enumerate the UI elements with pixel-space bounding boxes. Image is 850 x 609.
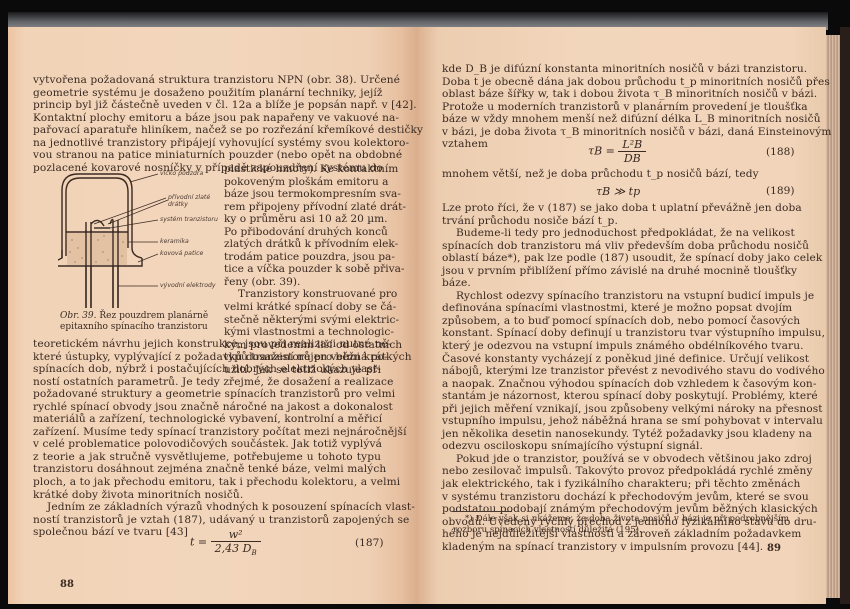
- text-line: řeny (obr. 39).: [224, 276, 381, 289]
- text-line: vytvořena požadovaná struktura tranzisto…: [33, 74, 381, 87]
- equation-number-189: (189): [766, 185, 795, 197]
- page-number-right: 89: [767, 543, 781, 554]
- figure-label-metal-header: kovová patice: [160, 250, 203, 257]
- text-line: Protože u moderních tranzistorů v planár…: [442, 101, 784, 114]
- equation-lhs: t =: [190, 536, 207, 549]
- text-line: ky o průměru asi 10 až 20 µm.: [224, 213, 381, 226]
- text-line: pařovací aparatuře hliníkem, načež se po…: [33, 124, 381, 137]
- equation-fraction: L²B DB: [618, 138, 646, 165]
- text-line: a naopak. Značnou výhodou spínacích dob …: [442, 378, 784, 391]
- text-line: Lze proto říci, že v (187) se jako doba …: [442, 202, 784, 215]
- figure-label-cap: víčko pouzdra: [160, 170, 203, 177]
- text-line: báze jsou termokompresním sva-: [224, 188, 381, 201]
- text-line: ploch, a to jak přechodu emitoru, tak i …: [33, 476, 381, 489]
- equation-lhs: τB =: [588, 145, 615, 158]
- text-line: Tranzistory konstruované pro: [224, 288, 381, 301]
- text-line: Časové konstanty vycházejí z poněkud jin…: [442, 353, 784, 366]
- text-line: zlatých drátků k přívodním elek-: [224, 238, 381, 251]
- text-line: plastické hmoty). Ke kontaktním: [224, 163, 381, 176]
- text-line: Budeme-li tedy pro jednoduchost předpokl…: [442, 227, 784, 240]
- text-line: tranzistoru dosáhnout zejména značně ten…: [33, 463, 381, 476]
- text-line: vou stranou na patice miniaturních pouzd…: [33, 149, 381, 162]
- equation-189: τB ≫ tp: [596, 185, 640, 198]
- text-line: Jedním ze základních výrazů vhodných k p…: [33, 501, 381, 514]
- text-line: odezvu osciloskopu snímajícího výstupní …: [442, 440, 784, 453]
- text-line: báze.: [442, 277, 784, 290]
- equation-fraction: w² 2,43 DB: [211, 528, 261, 557]
- text-line: kladeným na spínací tranzistory v impuls…: [442, 541, 784, 554]
- footnote-divider: [452, 511, 512, 512]
- text-line: jen několika desetin nanosekundy. Tytéž …: [442, 428, 784, 441]
- text-line: Doba t je obecně dána jak dobou průchodu…: [442, 76, 784, 89]
- text-line: geometrie systému je dosaženo použitím p…: [33, 87, 381, 100]
- text-line: který je odezvou na vstupní impuls známé…: [442, 340, 784, 353]
- equation-187: t = w² 2,43 DB: [190, 528, 261, 557]
- text-line: trodám patice pouzdra, jsou pa-: [224, 251, 381, 264]
- figure-label-ceramic: keramika: [160, 238, 189, 245]
- text-line: ností ostatních parametrů. Je tedy zřejm…: [33, 376, 381, 389]
- text-line: vstupního impulsu, jehož náběžná hrana s…: [442, 415, 784, 428]
- text-line: na jednotlivé tranzistory připájejí vyho…: [33, 137, 381, 150]
- text-line: Po přibodování druhých konců: [224, 226, 381, 239]
- text-line: spínacích dob, nýbrž i postačujících dob…: [33, 363, 381, 376]
- figure-caption: Obr. 39. Řez pouzdrem planárně epitaxníh…: [60, 311, 220, 333]
- text-line: při jejich měření vznikají, jsou způsobe…: [442, 403, 784, 416]
- equation-number-188: (188): [766, 146, 795, 158]
- figure-number: Obr. 39.: [60, 311, 97, 321]
- transistor-cross-section-diagram: [58, 170, 228, 310]
- left-page-top-paragraph: vytvořena požadovaná struktura tranzisto…: [33, 74, 381, 174]
- text-line: oblastí báze*), pak lze podle (187) usou…: [442, 252, 784, 265]
- text-line: mnohem větší, než je doba průchodu t_p n…: [442, 168, 784, 181]
- text-line: jak elektrického, tak i fyzikálního char…: [442, 478, 784, 491]
- text-line: materiálů a zařízení, technologické vyba…: [33, 413, 381, 426]
- text-line: stantám je názornost, kterou spínací dob…: [442, 390, 784, 403]
- figure-label-transistor-system: systém tranzistoru: [160, 216, 218, 223]
- text-line: jsou v prvním přiblížení přímo závislé n…: [442, 265, 784, 278]
- text-line: požadované struktury a geometrie spínací…: [33, 388, 381, 401]
- transistor-package-figure: víčko pouzdra přívodní zlaté drátky syst…: [58, 170, 228, 310]
- text-line: v systému tranzistoru dochází k přechodo…: [442, 491, 784, 504]
- text-line: Rychlost odezvy spínacího tranzistoru na…: [442, 290, 784, 303]
- right-page-main-paragraphs: Lze proto říci, že v (187) se jako doba …: [442, 202, 784, 553]
- text-line: velmi krátké spínací doby se čá-: [224, 301, 381, 314]
- book-cover-edge: [840, 27, 850, 604]
- page-number-left: 88: [60, 579, 74, 590]
- text-line: kými vlastnostmi a technologic-: [224, 326, 381, 339]
- equation-188: τB = L²B DB: [588, 138, 646, 165]
- equation-numerator: L²B: [618, 138, 646, 152]
- text-line: Pokud jde o tranzistor, používá se v obv…: [442, 453, 784, 466]
- text-line: ností tranzistorů je vztah (187), udávan…: [33, 514, 381, 527]
- right-page-line-after-188: mnohem větší, než je doba průchodu t_p n…: [442, 168, 784, 181]
- text-line: pokoveným ploškám emitoru a: [224, 176, 381, 189]
- footnote-line: rozboru spínacích vlastností důležitá (1…: [453, 525, 789, 536]
- text-line: v bázi, je doba života τ_B minoritních n…: [442, 126, 784, 139]
- text-line: které ústupky, vyplývající z požadavků d…: [33, 351, 381, 364]
- text-line: zařízení. Musíme tedy spínací tranzistor…: [33, 426, 381, 439]
- text-line: oblast báze šířky w, tak i dobou života …: [442, 88, 784, 101]
- equation-denominator: 2,43 DB: [211, 542, 261, 557]
- equation-number-187: (187): [355, 537, 384, 549]
- text-line: kde D_B je difúzní konstanta minoritních…: [442, 63, 784, 76]
- text-line: princip byl již částečně uveden v čl. 12…: [33, 99, 381, 112]
- text-line: Kontaktní plochy emitoru a báze jsou pak…: [33, 112, 381, 125]
- text-line: definována spínacími vlastnostmi, které …: [442, 302, 784, 315]
- text-line: báze w vždy mnohem menší než difúzní dél…: [442, 113, 784, 126]
- equation-denominator: DB: [618, 152, 646, 165]
- text-line: spínacích dob tranzistoru má vliv předev…: [442, 240, 784, 253]
- text-line: tice a víčka pouzder k sobě přiva-: [224, 263, 381, 276]
- text-line: nábojů, kterými lze tranzistor převést z…: [442, 365, 784, 378]
- denominator-subscript: B: [251, 549, 256, 557]
- text-line: způsobem, a to buď pomocí spínacích dob,…: [442, 315, 784, 328]
- left-page-bottom-paragraphs: teoretickém návrhu jejich konstrukce, js…: [33, 338, 381, 539]
- denominator-text: 2,43 D: [215, 542, 252, 555]
- text-line: rychlé spínací obvody jsou značně náročn…: [33, 401, 381, 414]
- text-line: konstant. Spínací doby definují u tranzi…: [442, 327, 784, 340]
- text-line: nebo zesilovač impulsů. Takovýto provoz …: [442, 465, 784, 478]
- figure-label-leads: vývodní elektrody: [160, 282, 216, 289]
- equation-numerator: w²: [211, 528, 261, 542]
- text-line: rem připojeny přívodní zlaté drát-: [224, 201, 381, 214]
- text-line: teoretickém návrhu jejich konstrukce, js…: [33, 338, 381, 351]
- footnote: *) Dále však si ukážeme, že doba života …: [453, 514, 789, 536]
- footnote-line: *) Dále však si ukážeme, že doba života …: [453, 514, 789, 525]
- text-line: stečně některými svými elektric-: [224, 314, 381, 327]
- text-line: z teorie a jak stručně vysvětlujeme, pot…: [33, 451, 381, 464]
- text-line: krátké doby života minoritních nosičů.: [33, 489, 381, 502]
- text-line: trvání průchodu nosiče bází t_p.: [442, 215, 784, 228]
- text-line: v celé problematice polovodičových součá…: [33, 438, 381, 451]
- figure-label-gold-wires: přívodní zlaté drátky: [168, 194, 228, 208]
